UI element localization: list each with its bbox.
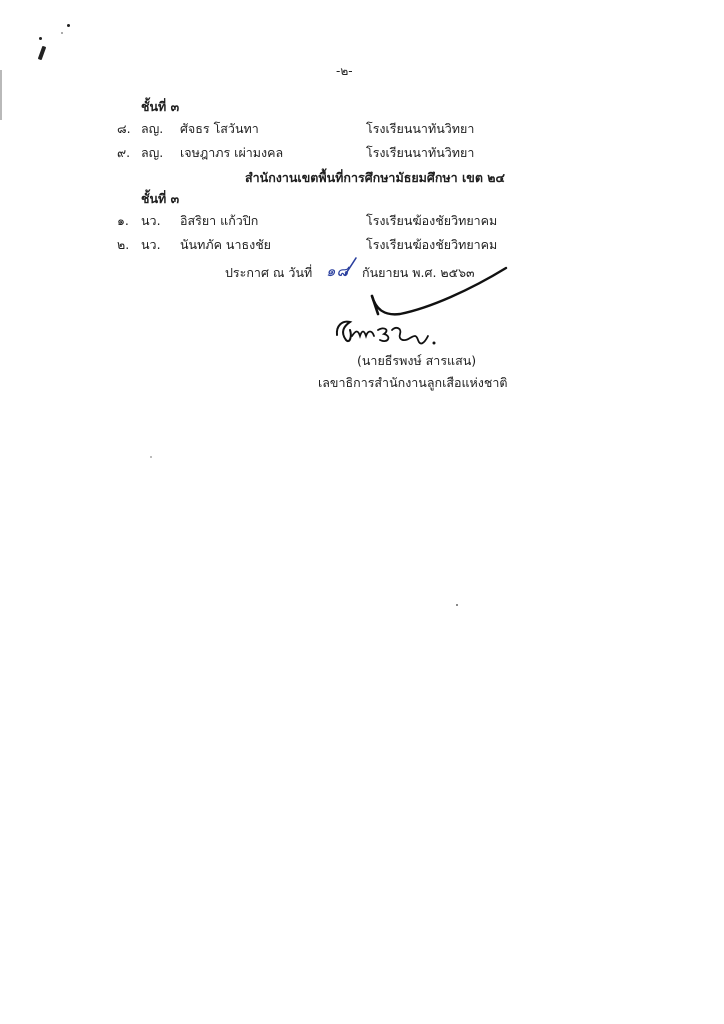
document-page: -๒- ชั้นที่ ๓ ๘. ลญ. ศัจธร โสวันทา โรงเร… xyxy=(0,0,724,1024)
entry-index: ๘. xyxy=(117,121,131,137)
entry-index: ๒. xyxy=(117,237,129,253)
page-number: -๒- xyxy=(336,62,353,81)
entry-school: โรงเรียนนาทันวิทยา xyxy=(366,121,474,137)
speck xyxy=(39,37,42,40)
entry-index: ๙. xyxy=(117,145,130,161)
entry-name: เจษฎาภร เผ่ามงคล xyxy=(180,145,283,161)
signatory-name: (นายธีรพงษ์ สารแสน) xyxy=(357,353,476,369)
entry-school: โรงเรียนนาทันวิทยา xyxy=(366,145,474,161)
entry-name: นันทภัค นาธงชัย xyxy=(180,237,271,253)
speck xyxy=(150,456,152,458)
announcement-prefix: ประกาศ ณ วันที่ xyxy=(225,265,312,281)
entry-title: ลญ. xyxy=(141,121,163,137)
speck xyxy=(67,24,70,27)
signatory-position: เลขาธิการสำนักงานลูกเสือแห่งชาติ xyxy=(318,375,508,391)
group-label: ชั้นที่ ๓ xyxy=(141,191,179,207)
entry-index: ๑. xyxy=(117,213,129,229)
office-heading: สำนักงานเขตพื้นที่การศึกษามัธยมศึกษา เขต… xyxy=(245,170,505,186)
scan-edge-shadow xyxy=(0,70,2,120)
stray-pen-mark xyxy=(38,46,47,61)
entry-school: โรงเรียนฆ้องชัยวิทยาคม xyxy=(366,237,497,253)
group-label: ชั้นที่ ๓ xyxy=(141,99,179,115)
announcement-day-handwritten: ๑๘ xyxy=(326,263,349,279)
signature-strokes xyxy=(0,0,724,1024)
entry-name: ศัจธร โสวันทา xyxy=(180,121,259,137)
entry-title: นว. xyxy=(141,213,161,229)
announcement-month-year: กันยายน พ.ศ. ๒๕๖๓ xyxy=(362,265,475,281)
speck xyxy=(456,604,458,606)
speck xyxy=(61,32,63,34)
entry-school: โรงเรียนฆ้องชัยวิทยาคม xyxy=(366,213,497,229)
entry-title: ลญ. xyxy=(141,145,163,161)
entry-name: อิสริยา แก้วปิก xyxy=(180,213,258,229)
entry-title: นว. xyxy=(141,237,161,253)
